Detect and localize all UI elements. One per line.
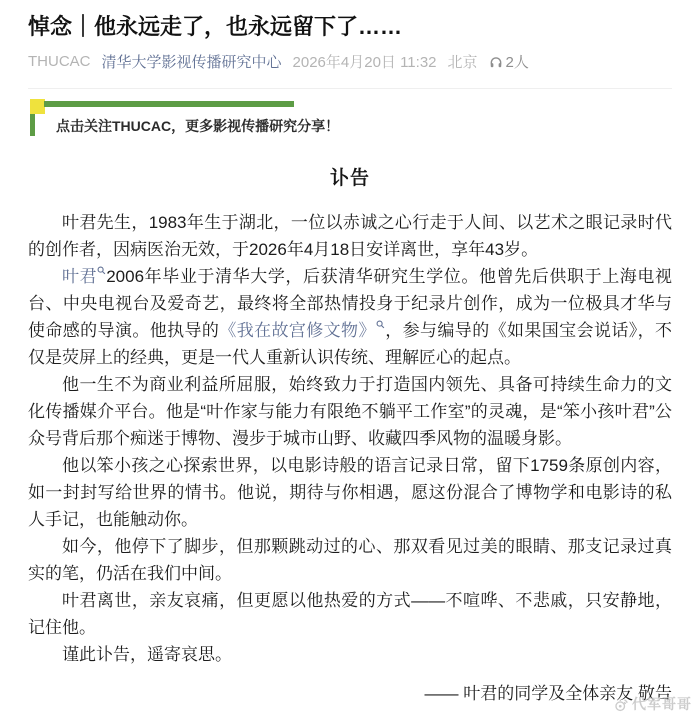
obituary-paragraph-3: 他一生不为商业利益所屈服，始终致力于打造国内领先、具备可持续生命力的文化传播媒介… bbox=[28, 371, 672, 452]
obituary-heading: 讣告 bbox=[28, 163, 672, 190]
obituary-paragraph-6: 叶君离世，亲友哀痛，但更愿以他热爱的方式——不喧哗、不悲戚，只安静地，记住他。 bbox=[28, 587, 672, 641]
article-page: 悼念｜他永远走了，也永远留下了…… THUCAC 清华大学影视传播研究中心 20… bbox=[0, 0, 700, 716]
obituary-paragraph-7: 谨此讣告，遥寄哀思。 bbox=[28, 641, 672, 668]
obituary-paragraph-4: 他以笨小孩之心探索世界，以电影诗般的语言记录日常，留下1759条原创内容，如一封… bbox=[28, 452, 672, 533]
article-title: 悼念｜他永远走了，也永远留下了…… bbox=[28, 0, 672, 42]
follow-banner-text: 点击关注THUCAC，更多影视传播研究分享！ bbox=[56, 116, 339, 136]
search-link-yejun[interactable]: 叶君 bbox=[62, 267, 106, 286]
obituary-paragraph-1: 叶君先生，1983年生于湖北，一位以赤诚之心行走于人间、以艺术之眼记录时代的创作… bbox=[28, 209, 672, 263]
follow-banner[interactable]: 点击关注THUCAC，更多影视传播研究分享！ bbox=[28, 88, 672, 139]
obituary-paragraph-5: 如今，他停下了脚步，但那颗跳动过的心、那双看见过美的眼睛、那支记录过真实的笔，仍… bbox=[28, 533, 672, 587]
obituary-paragraph-2: 叶君2006年毕业于清华大学，后获清华研究生学位。他曾先后供职于上海电视台、中央… bbox=[28, 263, 672, 371]
banner-green-tick bbox=[30, 114, 35, 136]
weibo-icon bbox=[613, 696, 630, 713]
search-icon bbox=[376, 321, 385, 331]
account-name-link[interactable]: 清华大学影视传播研究中心 bbox=[102, 51, 282, 72]
search-icon bbox=[97, 267, 106, 277]
obituary-signature: —— 叶君的同学及全体亲友 敬告 bbox=[28, 681, 672, 707]
listen-count: 2人 bbox=[506, 51, 529, 72]
author-id: THUCAC bbox=[28, 53, 91, 70]
article-meta: THUCAC 清华大学影视传播研究中心 2026年4月20日 11:32 北京 … bbox=[28, 51, 672, 72]
publish-datetime: 2026年4月20日 11:32 bbox=[293, 51, 437, 72]
watermark-text: 代军哥哥 bbox=[632, 694, 692, 714]
search-link-documentary[interactable]: 《我在故宫修文物》 bbox=[219, 321, 385, 340]
weibo-watermark: 代军哥哥 bbox=[613, 694, 692, 714]
banner-green-bar bbox=[44, 101, 294, 107]
publish-location: 北京 bbox=[448, 51, 478, 72]
listen-count-button[interactable]: 2人 bbox=[489, 51, 529, 72]
headphones-icon bbox=[489, 55, 503, 69]
banner-yellow-square bbox=[30, 99, 45, 114]
